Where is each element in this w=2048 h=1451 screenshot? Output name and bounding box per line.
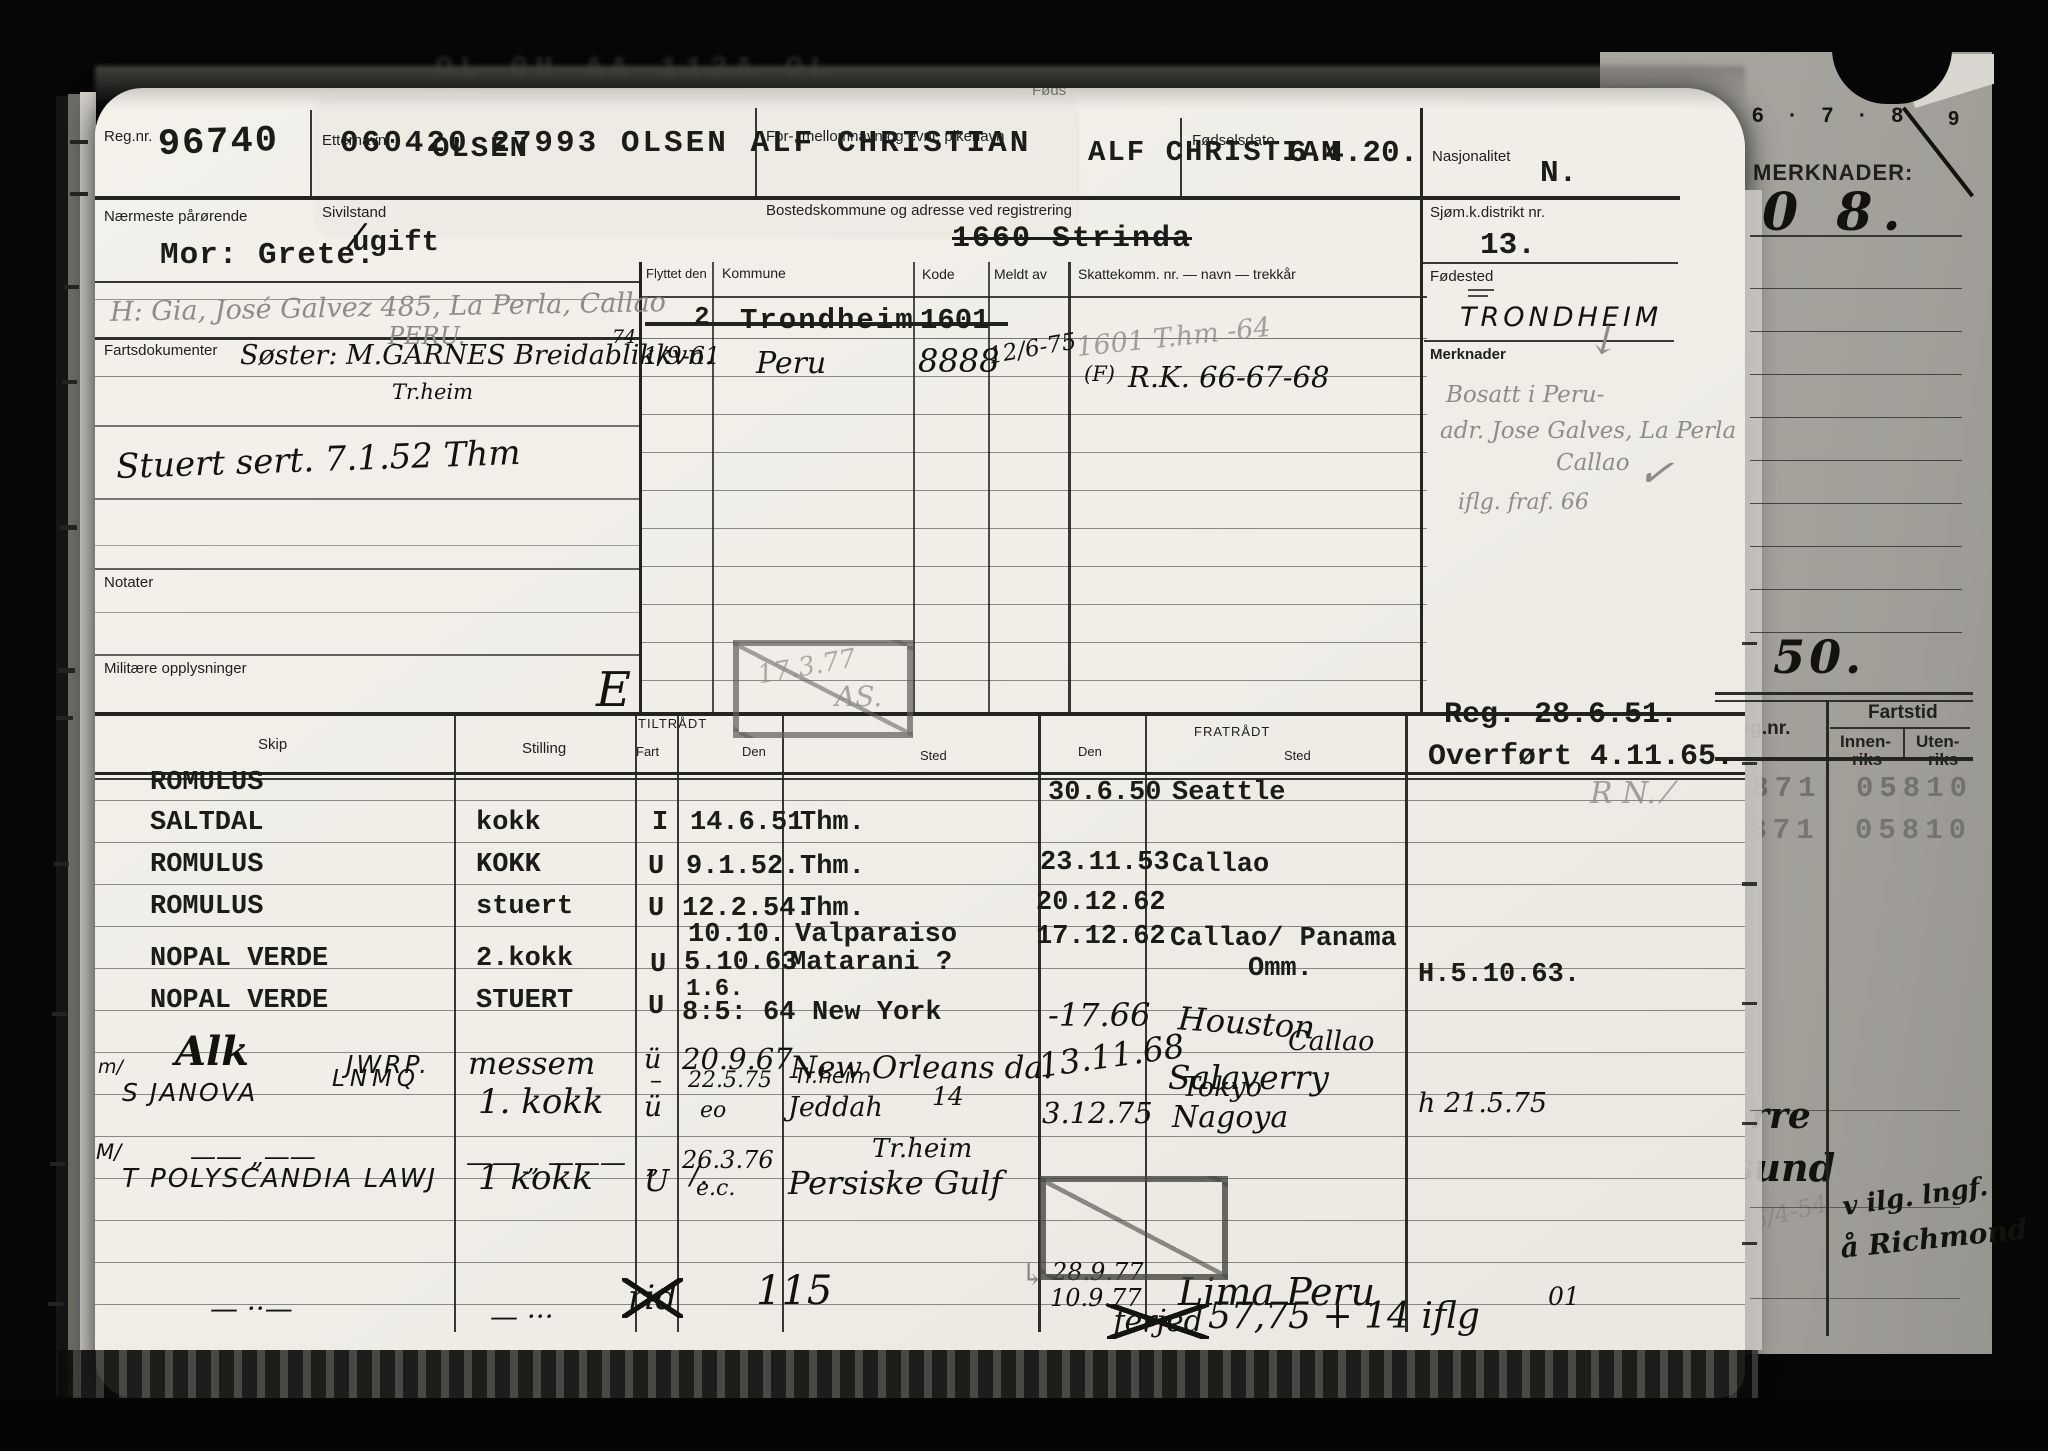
cancel-stamp-box: 17.3.77 AS.: [733, 640, 913, 738]
rule-line: [95, 654, 639, 656]
position: kokk: [476, 808, 541, 838]
rule-line-vertical: [639, 262, 642, 714]
rule-line: [1750, 460, 1962, 461]
signon-date: 8:5: 64: [682, 998, 795, 1028]
scanned-seaman-register-card-page: 6 · 7 · 8 9 MERKNADER: 0 8. - 50. Reg.nr…: [0, 0, 2048, 1451]
militaere-value: E: [596, 662, 631, 718]
signon-date: 14.6.51: [690, 808, 803, 838]
militaere-label: Militære opplysninger: [104, 660, 247, 677]
merknader-line: Bosatt i Peru-: [1446, 382, 1604, 408]
signon-date: 26.3.76: [682, 1146, 774, 1174]
ship-name: ROMULUS: [150, 850, 263, 880]
rule-line: [1715, 757, 1973, 761]
ship-col-skip: Skip: [258, 736, 287, 753]
signon-place: Persiske Gulf: [788, 1164, 1002, 1202]
ship-col-sted: Sted: [920, 748, 947, 763]
move-col-skattekomm: Skattekomm. nr. — navn — trekkår: [1078, 266, 1296, 282]
ship-name: ROMULUS: [150, 768, 263, 798]
page-stack-edge: [80, 92, 96, 1398]
rule-line: [95, 612, 639, 613]
rule-line: [95, 376, 639, 377]
regnr-value: 96740: [157, 120, 279, 166]
rule-line: [1750, 503, 1962, 504]
fodselsdato-label: Fødselsdato: [1192, 132, 1275, 149]
ship-col-fart: Fart: [636, 744, 659, 759]
signoff-place: Callao/ Panama: [1170, 924, 1397, 954]
rule-line: [70, 140, 88, 144]
rule-line: [95, 196, 1680, 200]
card-behind-edge: [1745, 190, 1762, 1350]
ship-name: S JANOVA: [122, 1078, 257, 1107]
signon-date: eo: [700, 1098, 726, 1123]
move-kommune: Trondheim: [740, 304, 915, 337]
rule-line-vertical: [1903, 727, 1905, 759]
bosted-value: 1660 Strinda: [952, 222, 1192, 256]
rule-line-vertical: [635, 712, 637, 1332]
rule-line: [1742, 1122, 1757, 1125]
signoff-date: 3.12.75: [1042, 1096, 1153, 1130]
rule-line: [1750, 1298, 1960, 1299]
ghost-label: Føds: [1032, 82, 1066, 99]
fartsdokumenter-label: Fartsdokumenter: [104, 342, 217, 359]
rule-line: [1715, 700, 1973, 702]
utenriks-label-1: Uten-: [1916, 732, 1959, 752]
nasjonalitet-value: N.: [1540, 156, 1577, 191]
rule-line: [95, 568, 639, 570]
move-kode: 1601: [920, 304, 990, 337]
trade-code: U: [648, 992, 664, 1022]
margin-note: h 21.5.75: [1418, 1088, 1547, 1119]
rule-line: [70, 192, 88, 196]
rule-line: [1742, 642, 1757, 645]
signoff-date: 23.11.53: [1040, 848, 1170, 878]
move-kommune: Peru: [756, 346, 826, 381]
signoff-date: -17.66: [1048, 996, 1150, 1034]
rule-line: [1750, 288, 1962, 289]
pencil-initials: R N. ⁄: [1590, 776, 1671, 811]
rule-line: [95, 778, 1745, 780]
signoff-date: 30.6.50: [1048, 778, 1161, 808]
signoff-date: 17.12.62: [1036, 922, 1166, 952]
tab-number-9: 9: [1948, 108, 1959, 131]
rule-line: [639, 296, 1427, 298]
ship-name: Alk: [175, 1028, 249, 1075]
rule-line: [95, 545, 639, 546]
fartstid-row-value: 05810: [1855, 814, 1972, 847]
merknader-line: iflg. fraf. 66: [1458, 490, 1589, 515]
rule-line: [1420, 262, 1678, 264]
rule-line: [1750, 589, 1962, 590]
ghost-stamp-text: OL 0H AA 112A OL: [435, 52, 835, 86]
position: 2.kokk: [476, 944, 573, 974]
rule-line: [95, 842, 1745, 843]
tab-numbers: 6 · 7 · 8: [1752, 104, 1905, 128]
rule-line: [1830, 727, 1970, 729]
filmstrip-edge: [58, 1350, 1758, 1400]
scan-black-margin: [0, 1398, 2048, 1451]
rule-line: [1750, 331, 1962, 332]
scribble-dashes: — ··—: [210, 1292, 293, 1325]
fodselsdato-value: 6.4.20.: [1288, 136, 1418, 171]
call-sign: LNMQ: [332, 1066, 420, 1092]
rule-line: [1750, 632, 1962, 633]
rule-line: [639, 452, 1427, 453]
pencil-checkmark: ✓: [1635, 446, 1677, 499]
margin-note: H.5.10.63.: [1418, 960, 1580, 990]
rule-line-vertical: [1826, 700, 1829, 1336]
position: KOKK: [476, 850, 541, 880]
rule-line: [1750, 1207, 1960, 1208]
ship-name: SALTDAL: [150, 808, 263, 838]
skattekomm-line: R.K. 66-67-68: [1128, 360, 1329, 394]
ship-name: NOPAL VERDE: [150, 986, 328, 1016]
signon-place: Tr.heim: [872, 1134, 972, 1164]
rule-line: [56, 716, 73, 720]
move-col-flyttet: Flyttet den: [646, 266, 707, 281]
stamp-initials: AS.: [835, 680, 882, 713]
rule-line: [52, 1012, 67, 1016]
fornavn-label: For-, mellomnavn og evnt. pikenavn: [766, 128, 1004, 145]
signon-date: 22.5.75: [688, 1068, 772, 1093]
fodested-value: TRONDHEIM: [1460, 302, 1662, 333]
rule-line: [1468, 289, 1494, 291]
signoff-place: Omm.: [1248, 954, 1313, 984]
rule-line: [48, 1302, 63, 1306]
move-flyttet-den: 1/9-61: [643, 342, 720, 370]
nasjonalitet-label: Nasjonalitet: [1432, 148, 1510, 165]
signon-date: e.c.: [696, 1176, 735, 1201]
rule-line: [95, 1304, 1745, 1305]
rule-line: [95, 1220, 1745, 1221]
rule-line: [95, 281, 639, 283]
ship-name: T POLYSCANDIA LAWJ: [122, 1164, 437, 1194]
signoff-place: Tokyo: [1182, 1072, 1262, 1103]
position: 1. kokk: [478, 1082, 604, 1122]
rule-line: [639, 490, 1427, 491]
vessel-prefix: m/: [98, 1056, 123, 1078]
signon-place: New York: [812, 998, 942, 1028]
trade-code: U: [648, 852, 664, 882]
rule-line-vertical: [1405, 712, 1408, 1332]
rule-line: [50, 1162, 65, 1166]
bosted-label: Bostedskommune og adresse ved registreri…: [766, 202, 1072, 219]
innenriks-label-1: Innen-: [1840, 732, 1891, 752]
move-col-meldt: Meldt av: [994, 266, 1047, 282]
position: messem: [468, 1046, 595, 1082]
signon-place: Matarani ?: [790, 948, 952, 978]
signoff-date: 20.12.62: [1036, 888, 1166, 918]
scan-smear: [95, 66, 1745, 108]
sister-note-number: 74: [612, 326, 636, 348]
rule-line: [1750, 1110, 1960, 1111]
signon-note: 14: [932, 1082, 964, 1111]
rule-line: [1424, 340, 1674, 342]
etternavn-label: Etternavn: [322, 132, 386, 149]
merknader-line: Callao: [1556, 450, 1630, 476]
rule-line: [1750, 374, 1962, 375]
scribble-calc: 57,75 + 14 iflg: [1208, 1296, 1480, 1337]
rule-line: [639, 414, 1427, 415]
rule-line: [1750, 235, 1962, 237]
skattekomm-line: (F): [1084, 362, 1115, 386]
ship-col-tiltraadt: TILTRÅDT: [638, 716, 707, 731]
rule-line: [62, 380, 77, 384]
rule-line: [60, 525, 77, 530]
overfort-note: Overført 4.11.65.: [1428, 740, 1734, 774]
ship-name: ROMULUS: [150, 892, 263, 922]
fodested-label: Fødested: [1430, 268, 1493, 285]
signoff-place: Nagoya: [1172, 1100, 1288, 1135]
merknader-right-value: 0 8.: [1762, 182, 1911, 243]
pencil-stamp-box: [1040, 1176, 1228, 1280]
merknader-label: Merknader: [1430, 346, 1506, 363]
signoff-place: Callao: [1288, 1026, 1374, 1057]
rule-line: [1742, 762, 1757, 765]
sister-note-city: Tr.heim: [392, 380, 473, 404]
ship-col-stilling: Stilling: [522, 740, 566, 757]
rule-line: [54, 862, 69, 866]
ship-col-sted: Sted: [1284, 748, 1311, 763]
ship-col-den: Den: [742, 744, 766, 759]
move-flyttet-den: 2: [694, 302, 710, 332]
rule-line-vertical: [454, 712, 456, 1332]
rule-line-vertical: [712, 262, 714, 712]
signoff-place: Seattle: [1172, 778, 1285, 808]
rule-line-vertical: [310, 110, 312, 198]
rule-line: [1750, 546, 1962, 547]
fartstid-label: Fartstid: [1868, 702, 1938, 724]
rule-line: [95, 425, 639, 427]
position: stuert: [476, 892, 573, 922]
rule-line-vertical: [677, 712, 679, 1332]
signon-place: Jeddah: [788, 1092, 883, 1123]
reg-note: Reg. 28.6.51.: [1444, 698, 1678, 732]
rule-line: [1468, 295, 1488, 297]
position: STUERT: [476, 986, 573, 1016]
rule-line: [95, 884, 1745, 885]
ship-col-fratraadt: FRATRÅDT: [1194, 724, 1270, 739]
crossed-out-word: ferjed: [1113, 1304, 1202, 1339]
signon-date: 10.10.: [688, 920, 785, 950]
rule-line: [639, 566, 1427, 567]
signon-place: Thm.: [800, 808, 865, 838]
scribble-dashes: — ···: [490, 1300, 554, 1333]
move-col-kode: Kode: [922, 266, 955, 282]
rule-line: [1715, 692, 1973, 695]
rule-line: [1742, 1002, 1757, 1005]
ship-col-den: Den: [1078, 744, 1102, 759]
rule-line: [58, 668, 75, 673]
etternavn-value: OLSEN: [432, 132, 529, 165]
signon-place: Valparaiso: [795, 920, 957, 950]
scribble-number: 115: [756, 1268, 832, 1314]
scribble-calc: 01: [1548, 1282, 1580, 1311]
rule-line: [95, 1262, 1745, 1263]
signoff-place: Callao: [1172, 850, 1269, 880]
rule-line: [1742, 1242, 1757, 1245]
ship-name: NOPAL VERDE: [150, 944, 328, 974]
fartstid-row-value: 05810: [1856, 772, 1973, 805]
parorende-label: Nærmeste pårørende: [104, 208, 247, 225]
rule-line: [639, 528, 1427, 529]
trade-code: U: [648, 894, 664, 924]
trade-code: ü: [644, 1090, 662, 1123]
position: 1 kokk: [478, 1158, 593, 1198]
regnr-label: Reg.nr.: [104, 128, 152, 145]
move-col-kommune: Kommune: [722, 265, 786, 281]
notater-label: Notater: [104, 574, 153, 591]
rule-line-vertical: [1420, 108, 1423, 714]
sjomk-label: Sjøm.k.distrikt nr.: [1430, 204, 1545, 221]
rule-line: [95, 498, 639, 500]
trade-code: U: [644, 1164, 669, 1199]
sjomk-value: 13.: [1480, 228, 1536, 263]
rule-line: [1750, 417, 1962, 418]
rule-line: [639, 604, 1427, 605]
parorende-value: Mor: Grete.: [160, 238, 376, 273]
signon-place: Tr.heim: [794, 1064, 871, 1088]
signon-place: Thm.: [800, 852, 865, 882]
signon-date: 9.1.52.: [686, 852, 799, 882]
trade-code: I: [652, 808, 668, 838]
crossed-out-word: rid: [628, 1278, 677, 1318]
rule-line: [95, 800, 1745, 801]
vessel-prefix: M/: [96, 1140, 121, 1164]
trade-code: U: [650, 950, 666, 980]
signon-date: 5.10.63: [684, 948, 797, 978]
rule-line: [64, 285, 79, 289]
merknader-line: adr. Jose Galves, La Perla: [1440, 418, 1736, 444]
